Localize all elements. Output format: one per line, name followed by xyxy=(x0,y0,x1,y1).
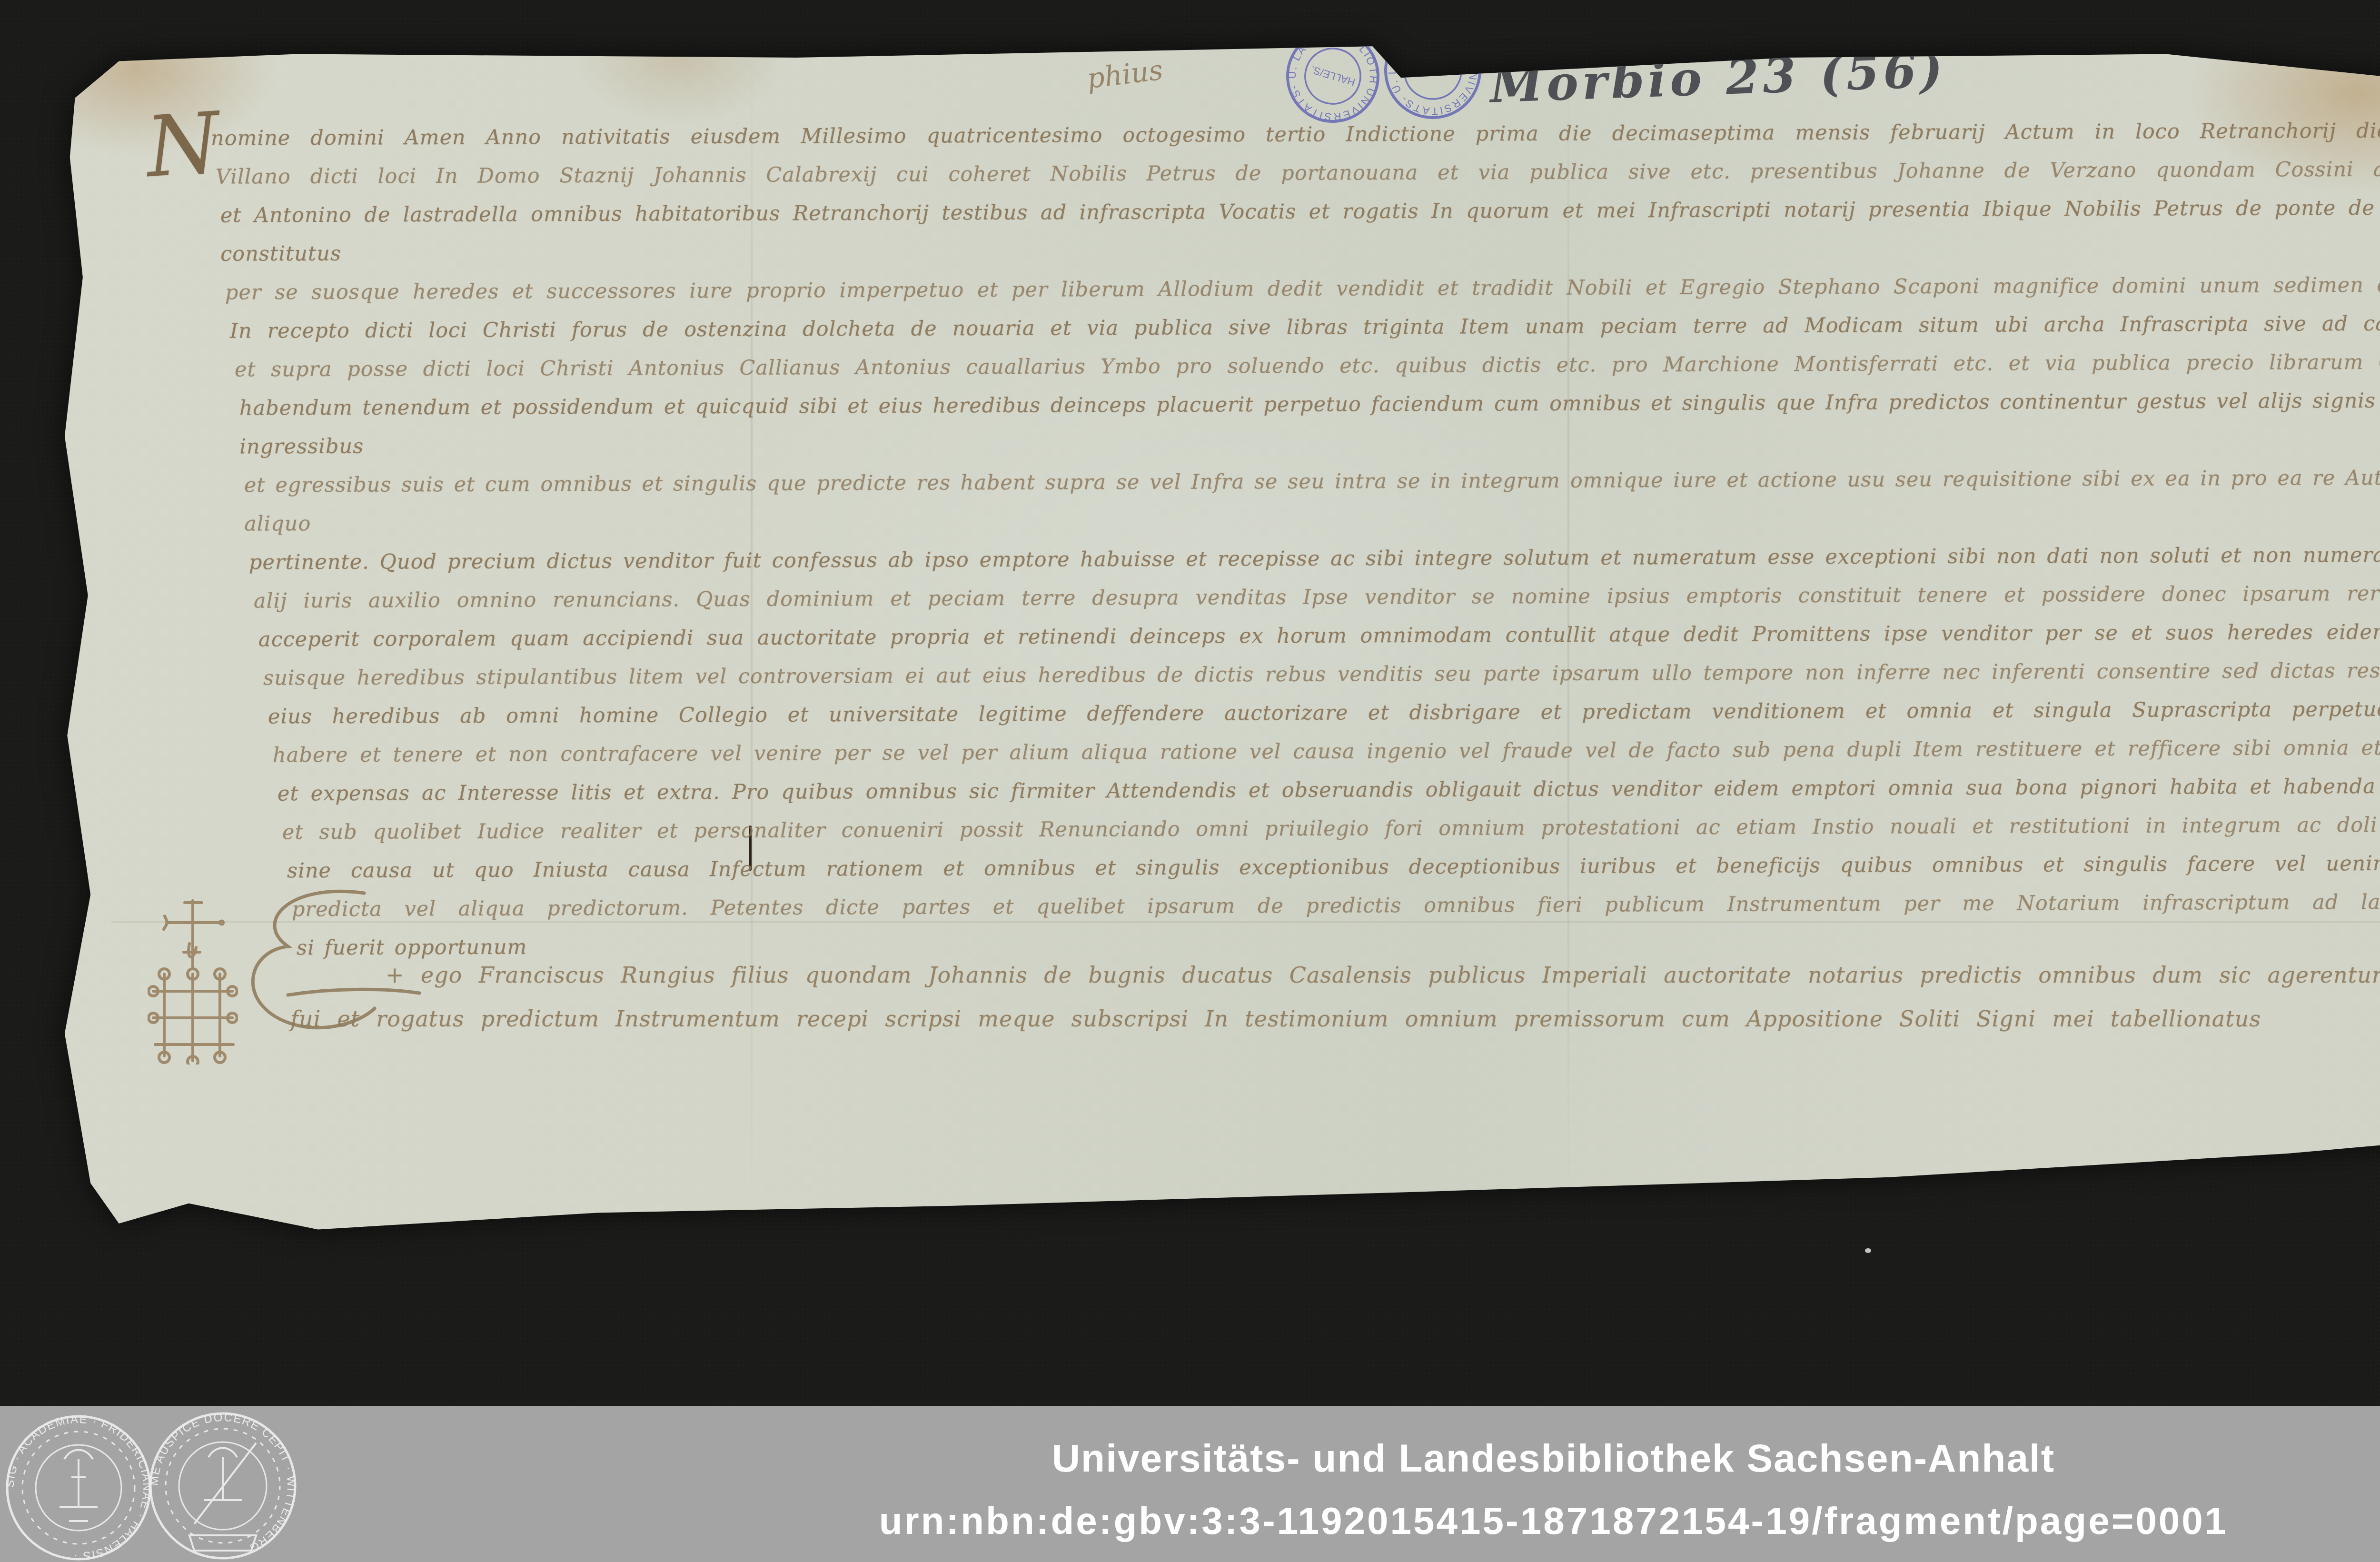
charter-line: Villano dicti loci In Domo Staznij Johan… xyxy=(216,149,2380,196)
old-archival-ink-mark: phius xyxy=(1085,53,1164,95)
charter-line: alij iuris auxilio omnino renuncians. Qu… xyxy=(254,574,2380,620)
parchment-charter: UNIVERSITÄTS- U. LANDESBIBLIOTHEK · SACH… xyxy=(59,46,2380,1233)
charter-line: per se suosque heredes et successores iu… xyxy=(225,265,2380,312)
charter-line: et sub quolibet Iudice realiter et perso… xyxy=(282,806,2380,852)
parchment-surface: UNIVERSITÄTS- U. LANDESBIBLIOTHEK · SACH… xyxy=(59,46,2380,1233)
footer-bar: SIG · ACADEMIAE · FRIDERICIANAE · HALENS… xyxy=(0,1406,2380,1562)
charter-line: sine causa ut quo Iniusta causa Infectum… xyxy=(287,844,2380,891)
charter-line: eius heredibus ab omni homine Collegio e… xyxy=(268,690,2380,736)
library-title: Universitäts- und Landesbibliothek Sachs… xyxy=(0,1436,2380,1481)
charter-line: et egressibus suis et cum omnibus et sin… xyxy=(244,458,2380,543)
stamp-center-text: HALLE/S. xyxy=(1309,63,1357,88)
notary-line: fui et rogatus predictum Instrumentum re… xyxy=(290,997,2261,1041)
dust-speck xyxy=(1865,1248,1871,1253)
charter-line: et expensas ac Interesse litis et extra.… xyxy=(278,767,2380,814)
charter-text-block: nomine domini Amen Anno nativitatis eius… xyxy=(211,115,2380,964)
charter-line: nomine domini Amen Anno nativitatis eius… xyxy=(211,111,2380,158)
notary-subscription-block: + ego Franciscus Rungius filius quondam … xyxy=(319,953,2380,1041)
photo-background: UNIVERSITÄTS- U. LANDESBIBLIOTHEK · SACH… xyxy=(0,0,2380,1562)
charter-line: habere et tenere et non contrafacere vel… xyxy=(273,728,2380,775)
charter-line: In recepto dicti loci Christi forus de o… xyxy=(230,304,2380,350)
charter-line: habendum tenendum et possidendum et quic… xyxy=(239,381,2380,466)
charter-line: et supra posse dicti loci Christi Antoni… xyxy=(235,342,2380,389)
charter-line: pertinente. Quod precium dictus venditor… xyxy=(249,535,2380,582)
charter-line: et Antonino de lastradella omnibus habit… xyxy=(220,188,2380,273)
charter-line: predicta vel aliqua predictorum. Petente… xyxy=(292,883,2380,929)
charter-line: acceperit corporalem quam accipiendi sua… xyxy=(258,613,2380,659)
charter-line: suisque heredibus stipulantibus litem ve… xyxy=(263,651,2380,698)
urn-identifier: urn:nbn:de:gbv:3:3-1192015415-1871872154… xyxy=(0,1499,2380,1543)
pencil-shelfmark-annotation: Morbio 23 (56) xyxy=(1489,41,1947,113)
notary-line: + ego Franciscus Rungius filius quondam … xyxy=(386,953,2380,997)
